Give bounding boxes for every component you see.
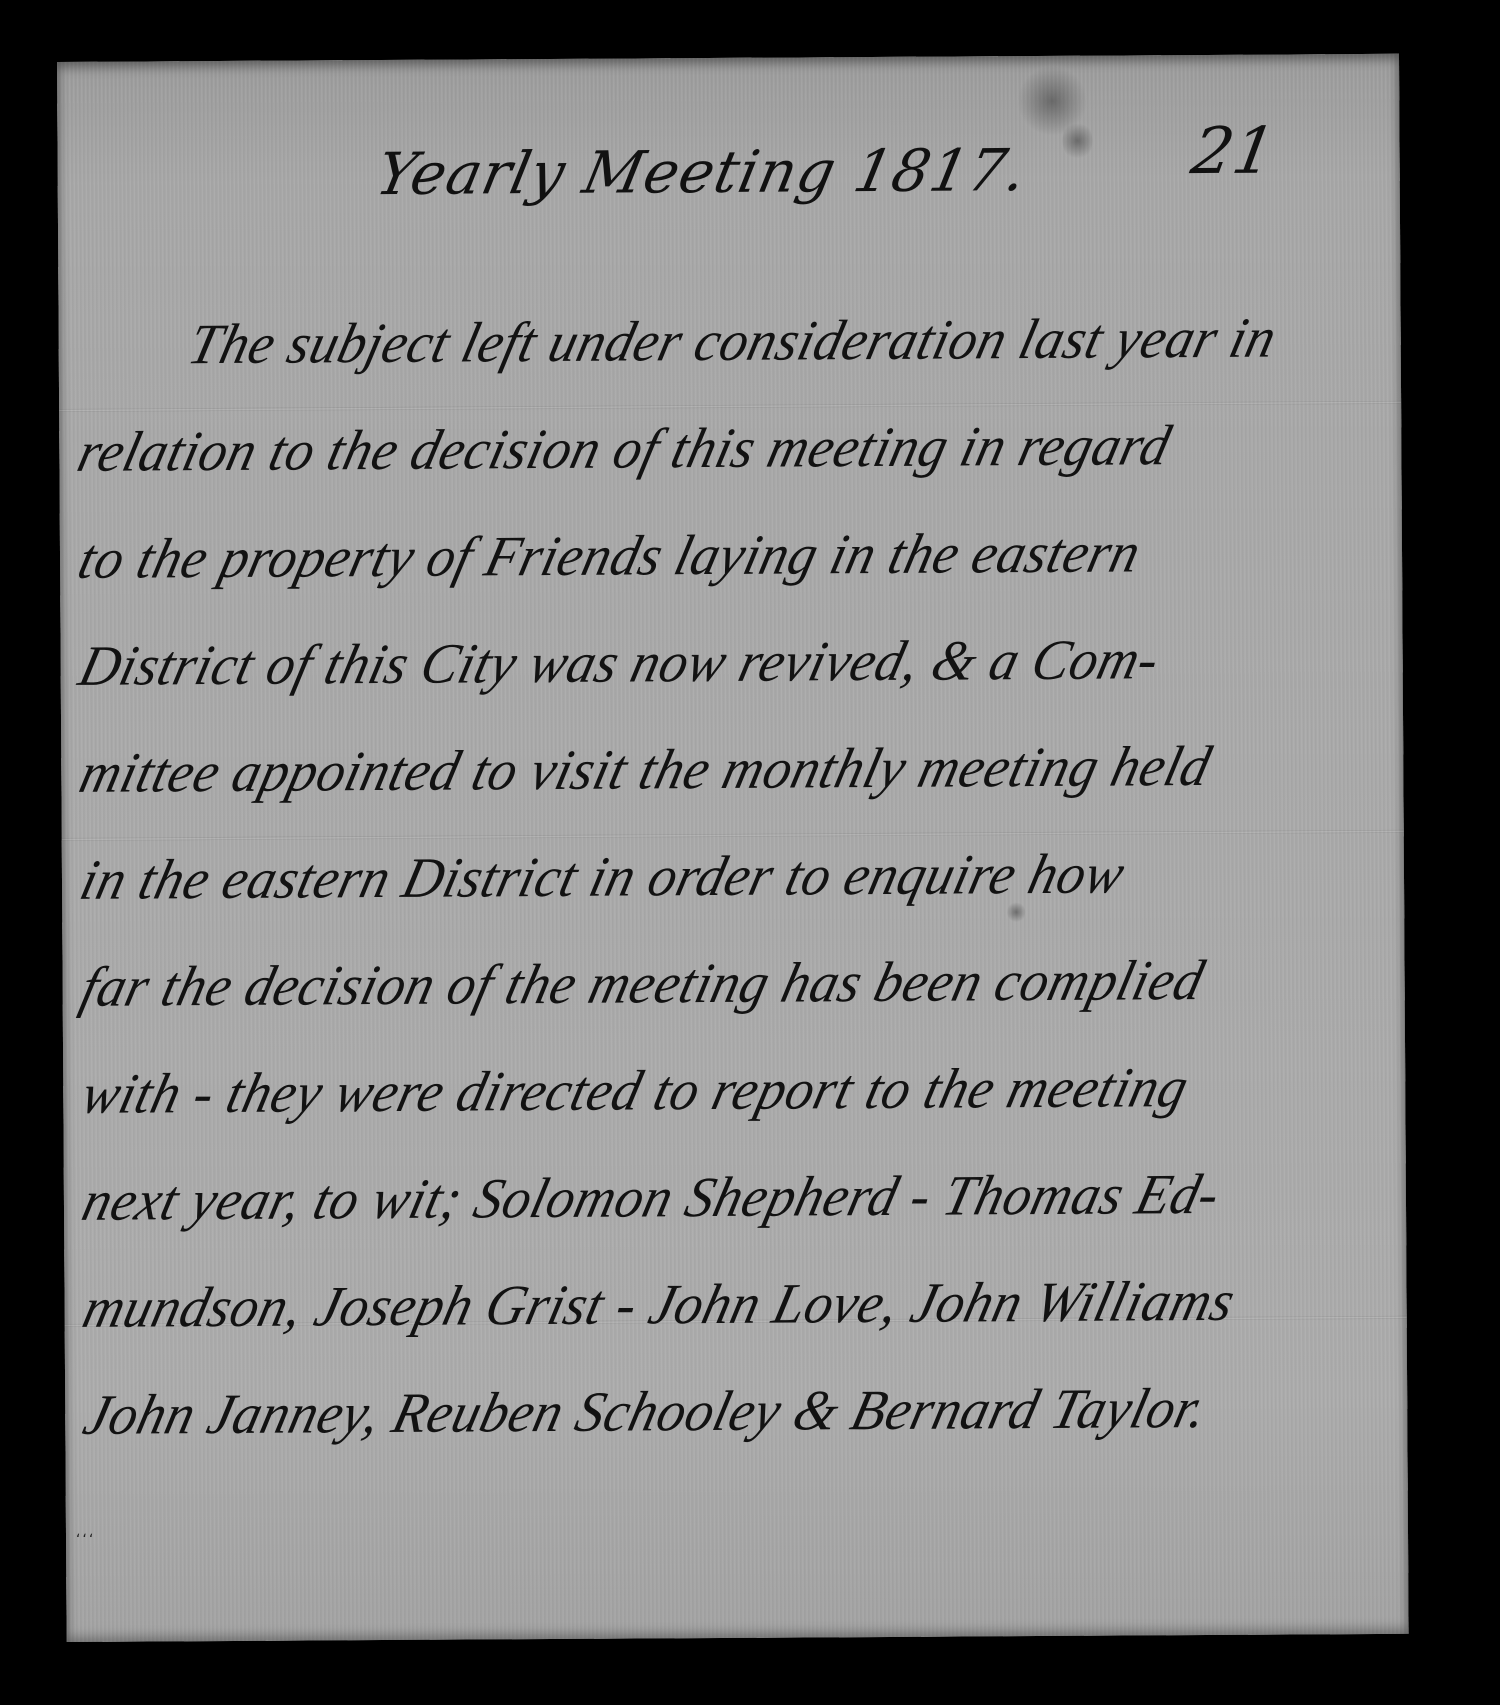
text-line: to the property of Friends laying in the… [67, 498, 1354, 613]
page-heading: Yearly Meeting 1817. [371, 136, 1034, 208]
ink-stain [1062, 121, 1092, 161]
text-line: with - they were directed to report to t… [70, 1033, 1357, 1148]
text-line: mittee appointed to visit the monthly me… [68, 712, 1355, 827]
text-line: mundson, Joseph Grist - John Love, John … [72, 1247, 1359, 1362]
text-line: District of this City was now revived, &… [68, 605, 1355, 720]
text-line: relation to the decision of this meeting… [66, 391, 1353, 506]
manuscript-body: The subject left under consideration las… [78, 284, 1385, 1469]
text-line: in the eastern District in order to enqu… [69, 819, 1356, 934]
page-number: 21 [1186, 115, 1280, 190]
text-line: The subject left under consideration las… [66, 284, 1353, 399]
text-line: John Janney, Reuben Schooley & Bernard T… [72, 1354, 1359, 1469]
margin-marks: ʻʻʻ [76, 1532, 95, 1548]
manuscript-page: Yearly Meeting 1817. 21 The subject left… [57, 54, 1409, 1642]
text-line: far the decision of the meeting has been… [70, 926, 1357, 1041]
text-line: next year, to wit; Solomon Shepherd - Th… [71, 1140, 1358, 1255]
